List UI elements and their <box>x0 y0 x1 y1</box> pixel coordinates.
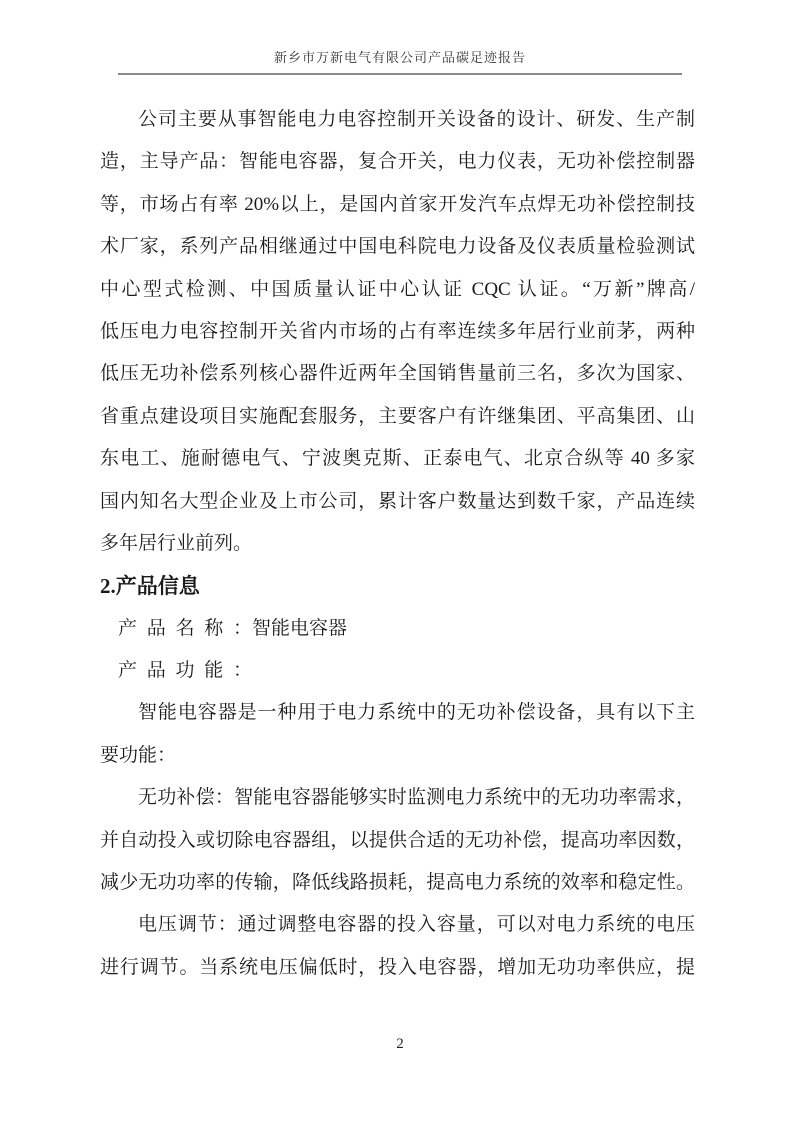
paragraph-line: 多年居行业前列。 <box>100 523 695 565</box>
page-body: 公司主要从事智能电力电容控制开关设备的设计、研发、生产制 造，主导产品：智能电容… <box>100 99 695 989</box>
paragraph-line: 低压电力电容控制开关省内市场的占有率连续多年居行业前茅，两种 <box>100 311 695 353</box>
page-header: 新乡市万新电气有限公司产品碳足迹报告 <box>118 50 682 75</box>
page-number: 2 <box>396 1036 404 1052</box>
paragraph-line: 无功补偿：智能电容器能够实时监测电力系统中的无功功率需求， <box>100 777 695 819</box>
paragraph-line: 要功能： <box>100 735 695 777</box>
paragraph-line: 省重点建设项目实施配套服务，主要客户有许继集团、平高集团、山 <box>100 396 695 438</box>
product-function-line: 产 品 功 能 ： <box>100 650 695 692</box>
product-name-line: 产 品 名 称 ：智能电容器 <box>100 608 695 650</box>
paragraph-line: 等，市场占有率 20%以上，是国内首家开发汽车点焊无功补偿控制技 <box>100 184 695 226</box>
page-footer: 2 <box>0 1036 800 1053</box>
paragraph-line: 减少无功功率的传输，降低线路损耗，提高电力系统的效率和稳定性。 <box>100 862 695 904</box>
paragraph-line: 低压无功补偿系列核心器件近两年全国销售量前三名，多次为国家、 <box>100 353 695 395</box>
paragraph-line: 智能电容器是一种用于电力系统中的无功补偿设备，具有以下主 <box>100 692 695 734</box>
paragraph-line: 电压调节：通过调整电容器的投入容量，可以对电力系统的电压 <box>100 904 695 946</box>
report-page: 新乡市万新电气有限公司产品碳足迹报告 公司主要从事智能电力电容控制开关设备的设计… <box>0 0 800 1131</box>
section-heading: 2.产品信息 <box>100 565 695 607</box>
header-title: 新乡市万新电气有限公司产品碳足迹报告 <box>274 50 526 65</box>
paragraph-line: 公司主要从事智能电力电容控制开关设备的设计、研发、生产制 <box>100 99 695 141</box>
paragraph-line: 东电工、施耐德电气、宁波奥克斯、正泰电气、北京合纵等 40 多家 <box>100 438 695 480</box>
paragraph-line: 国内知名大型企业及上市公司，累计客户数量达到数千家，产品连续 <box>100 481 695 523</box>
paragraph-line: 并自动投入或切除电容器组，以提供合适的无功补偿，提高功率因数， <box>100 820 695 862</box>
paragraph-line: 中心型式检测、中国质量认证中心认证 CQC 认证。“万新”牌高/ <box>100 269 695 311</box>
paragraph-line: 造，主导产品：智能电容器，复合开关，电力仪表，无功补偿控制器 <box>100 141 695 183</box>
paragraph-line: 进行调节。当系统电压偏低时，投入电容器，增加无功功率供应，提 <box>100 947 695 989</box>
paragraph-line: 术厂家，系列产品相继通过中国电科院电力设备及仪表质量检验测试 <box>100 226 695 268</box>
